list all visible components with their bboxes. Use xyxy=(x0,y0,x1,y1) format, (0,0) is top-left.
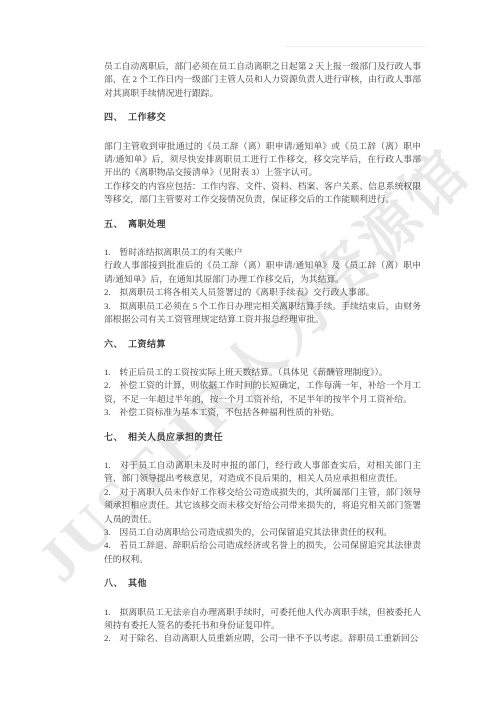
numbered-item: 1. 对于员工自动离职未及时申报的部门，经行政人事部查实后，对相关部门主管、部门… xyxy=(104,459,421,486)
intro-paragraph: 员工自动离职后，部门必须在员工自动离职之日起第 2 天上报一级部门及行政人事部，… xyxy=(104,60,421,100)
paragraph: 工作移交的内容应包括：工作内容、文件、资料、档案、客户关系、信息系统权限等移交，… xyxy=(104,180,421,207)
numbered-item: 3. 拟离职员工必须在 5 个工作日办理完相关离职结算手续。手续结束后，由财务部… xyxy=(104,300,421,327)
section-heading-5: 五、 离职处理 xyxy=(104,218,421,231)
section-heading-7: 七、 相关人员应承担的责任 xyxy=(104,431,421,444)
numbered-item: 1. 暂时冻结拟离职员工的有关帐户 xyxy=(104,246,421,259)
document-page: JUSTHR人力资源馆 员工自动离职后，部门必须在员工自动离职之日起第 2 天上… xyxy=(0,0,500,707)
numbered-item: 3. 补偿工资标准为基本工资，不包括各种福利性质的补贴。 xyxy=(104,406,421,419)
numbered-item: 2. 补偿工资的计算，则依据工作时间的长短确定，工作每满一年，补给一个月工资，不… xyxy=(104,379,421,406)
section-heading-4: 四、 工作移交 xyxy=(104,111,421,124)
numbered-item: 2. 拟离职员工将各相关人员签署过的《离职手续表》交行政人事部。 xyxy=(104,286,421,299)
numbered-item: 1. 拟离职员工无法亲自办理离职手续时，可委托他人代办离职手续，但被委托人须持有… xyxy=(104,606,421,633)
paragraph: 部门主管收到审批通过的《员工辞（离）职申请/通知单》或《员工辞（离）职申请/通知… xyxy=(104,140,421,180)
numbered-item: 2. 对于除名、自动离职人员重新应聘，公司一律不予以考虑。辞职员工重新回公 xyxy=(104,632,421,645)
numbered-item: 4. 若员工辞退、辞职后给公司造成经济或名誉上的损失，公司保留追究其法律责任的权… xyxy=(104,539,421,566)
numbered-item: 3. 因员工自动离职给公司造成损失的，公司保留追究其法律责任的权利。 xyxy=(104,526,421,539)
numbered-item: 1. 转正后员工的工资按实际上班天数结算。（具体见《薪酬管理制度》）。 xyxy=(104,366,421,379)
document-content: 员工自动离职后，部门必须在员工自动离职之日起第 2 天上报一级部门及行政人事部，… xyxy=(104,60,421,646)
section-heading-6: 六、 工资结算 xyxy=(104,338,421,351)
paragraph: 行政人事部接到批准后的《员工辞（离）职申请/通知单》及《员工辞（离）职申请/通知… xyxy=(104,259,421,286)
scan-artifact-line xyxy=(285,46,425,47)
numbered-item: 2. 对于离职人员未作好工作移交给公司造成损失的，其所属部门主管，部门领导须承担… xyxy=(104,486,421,526)
section-heading-8: 八、 其他 xyxy=(104,577,421,590)
